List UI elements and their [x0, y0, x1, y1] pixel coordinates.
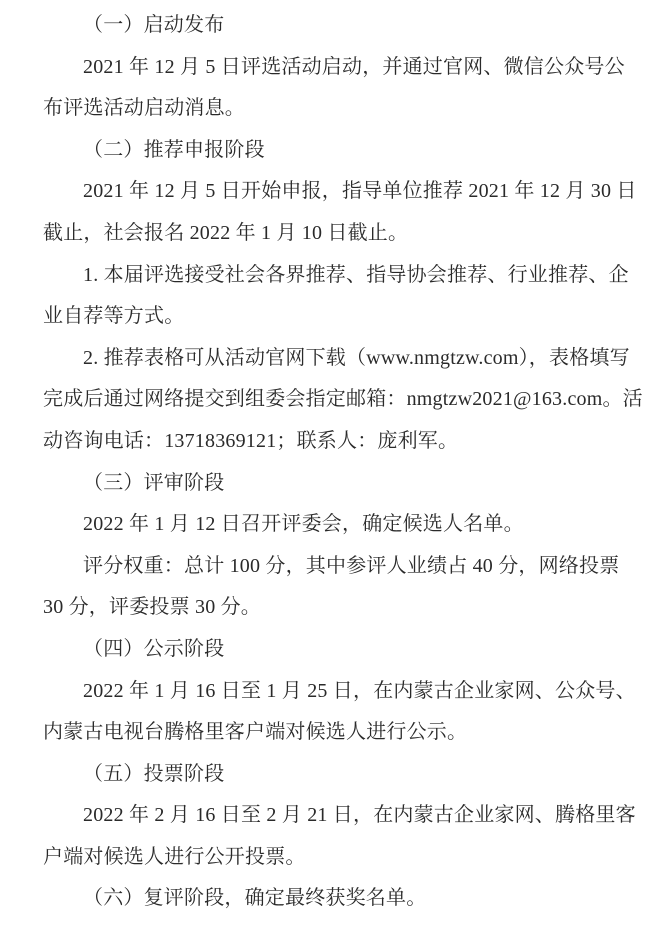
text-line: （一）启动发布 [43, 5, 615, 47]
text-line: （二）推荐申报阶段 [43, 130, 615, 172]
text-line: 完成后通过网络提交到组委会指定邮箱：nmgtzw2021@163.com。活 [43, 379, 615, 421]
text-line: 动咨询电话：13718369121；联系人：庞利军。 [43, 421, 615, 463]
text-line: 业自荐等方式。 [43, 296, 615, 338]
text-line: 2022 年 1 月 16 日至 1 月 25 日，在内蒙古企业家网、公众号、 [43, 671, 615, 713]
text-line: （五）投票阶段 [43, 754, 615, 796]
document-page: （一）启动发布2021 年 12 月 5 日评选活动启动，并通过官网、微信公众号… [0, 0, 659, 929]
text-line: （六）复评阶段，确定最终获奖名单。 [43, 878, 615, 920]
text-line: 2022 年 1 月 12 日召开评委会，确定候选人名单。 [43, 504, 615, 546]
text-line: 2021 年 12 月 5 日评选活动启动，并通过官网、微信公众号公 [43, 47, 615, 89]
document-text-body: （一）启动发布2021 年 12 月 5 日评选活动启动，并通过官网、微信公众号… [43, 5, 615, 920]
text-line: 评分权重：总计 100 分，其中参评人业绩占 40 分，网络投票 [43, 546, 615, 588]
text-line: （四）公示阶段 [43, 629, 615, 671]
text-line: 内蒙古电视台腾格里客户端对候选人进行公示。 [43, 712, 615, 754]
text-line: 1. 本届评选接受社会各界推荐、指导协会推荐、行业推荐、企 [43, 255, 615, 297]
text-line: （三）评审阶段 [43, 463, 615, 505]
text-line: 截止，社会报名 2022 年 1 月 10 日截止。 [43, 213, 615, 255]
text-line: 2021 年 12 月 5 日开始申报，指导单位推荐 2021 年 12 月 3… [43, 171, 615, 213]
text-line: 2. 推荐表格可从活动官网下载（www.nmgtzw.com），表格填写 [43, 338, 615, 380]
text-line: 2022 年 2 月 16 日至 2 月 21 日，在内蒙古企业家网、腾格里客 [43, 795, 615, 837]
text-line: 30 分，评委投票 30 分。 [43, 587, 615, 629]
text-line: 户端对候选人进行公开投票。 [43, 837, 615, 879]
text-line: 布评选活动启动消息。 [43, 88, 615, 130]
